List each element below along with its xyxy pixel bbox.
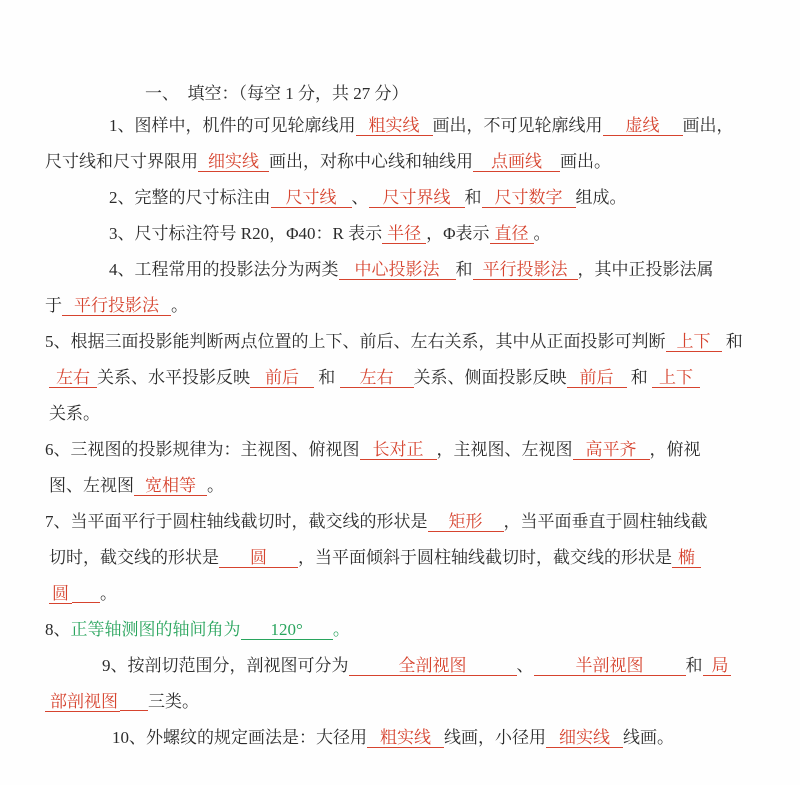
blank-answer: 平行投影法 bbox=[473, 260, 578, 280]
text-run: 5、根据三面投影能判断两点位置的上下、前后、左右关系，其中从正面投影可判断 bbox=[45, 332, 666, 351]
blank-answer: 半剖视图 bbox=[534, 656, 686, 676]
blank-answer: 圆 bbox=[219, 548, 298, 568]
blank-answer: 粗实线 bbox=[367, 728, 444, 748]
document-line: 4、工程常用的投影法分为两类中心投影法和平行投影法，其中正投影法属 bbox=[45, 252, 756, 288]
text-run: 画出。 bbox=[560, 152, 611, 171]
blank-answer: 细实线 bbox=[546, 728, 623, 748]
document-line: 尺寸线和尺寸界限用细实线画出，对称中心线和轴线用点画线画出。 bbox=[45, 144, 756, 180]
blank-answer: 矩形 bbox=[428, 512, 504, 532]
text-run: 尺寸线和尺寸界限用 bbox=[45, 152, 198, 171]
blank-answer: 尺寸数字 bbox=[482, 188, 576, 208]
document-line: 10、外螺纹的规定画法是：大径用粗实线线画，小径用细实线线画。 bbox=[45, 720, 756, 756]
blank-answer: 前后 bbox=[250, 368, 314, 388]
text-run: 2、完整的尺寸标注由 bbox=[109, 188, 271, 207]
blank-answer: 粗实线 bbox=[356, 116, 433, 136]
text-run: 。 bbox=[534, 224, 551, 243]
blank-answer: 宽相等 bbox=[134, 476, 207, 496]
document-line: 部剖视图三类。 bbox=[45, 684, 756, 720]
document-line: 切时，截交线的形状是圆，当平面倾斜于圆柱轴线截切时，截交线的形状是椭 bbox=[45, 540, 756, 576]
blank-answer: 平行投影法 bbox=[62, 296, 171, 316]
text-run: 、 bbox=[517, 656, 534, 675]
blank-answer: 上下 bbox=[652, 368, 700, 388]
text-run: 。 bbox=[207, 476, 224, 495]
text-run: 。 bbox=[100, 584, 117, 603]
text-run: 画出，对称中心线和轴线用 bbox=[269, 152, 473, 171]
text-run: 9、按剖切范围分，剖视图可分为 bbox=[102, 656, 349, 675]
blank-answer: 上下 bbox=[666, 332, 722, 352]
document-line: 3、尺寸标注符号 R20，Φ40：R 表示半径，Φ表示直径。 bbox=[45, 216, 756, 252]
text-run: 正等轴测图的轴间角为 bbox=[71, 620, 241, 639]
text-run: ，俯视 bbox=[650, 440, 701, 459]
blank-answer: 点画线 bbox=[473, 152, 560, 172]
blank-answer: 直径 bbox=[490, 224, 534, 244]
blank-answer: 局 bbox=[703, 656, 731, 676]
text-run: ，Φ表示 bbox=[426, 224, 489, 243]
blank-answer: 高平齐 bbox=[573, 440, 650, 460]
text-run: 8、 bbox=[45, 620, 71, 639]
text-run: 4、工程常用的投影法分为两类 bbox=[109, 260, 339, 279]
text-run: 7、当平面平行于圆柱轴线截切时，截交线的形状是 bbox=[45, 512, 428, 531]
blank-answer: 圆 bbox=[49, 584, 72, 604]
text-run: 、 bbox=[352, 188, 369, 207]
blank-answer: 中心投影法 bbox=[339, 260, 456, 280]
text-run: 切时，截交线的形状是 bbox=[49, 548, 219, 567]
text-run: 3、尺寸标注符号 R20，Φ40：R 表示 bbox=[109, 224, 382, 243]
text-run: 。 bbox=[171, 296, 188, 315]
blank-answer: 半径 bbox=[382, 224, 426, 244]
exam-page: 一、 填空：（每空 1 分，共 27 分）1、图样中，机件的可见轮廓线用粗实线画… bbox=[0, 0, 800, 785]
document-line: 9、按剖切范围分，剖视图可分为全剖视图、半剖视图和局 bbox=[45, 648, 756, 684]
blank-answer: 左右 bbox=[340, 368, 414, 388]
document-line: 8、正等轴测图的轴间角为120°。 bbox=[45, 612, 756, 648]
text-run: 图、左视图 bbox=[49, 476, 134, 495]
document-line: 7、当平面平行于圆柱轴线截切时，截交线的形状是矩形，当平面垂直于圆柱轴线截 bbox=[45, 504, 756, 540]
blank-underline bbox=[72, 600, 100, 603]
text-run: 和 bbox=[465, 188, 482, 207]
text-run: 和 bbox=[627, 368, 653, 387]
text-run: 线画。 bbox=[623, 728, 674, 747]
document-line: 于平行投影法。 bbox=[45, 288, 756, 324]
blank-answer: 120° bbox=[241, 620, 333, 640]
blank-answer: 前后 bbox=[567, 368, 627, 388]
document-line: 图、左视图宽相等。 bbox=[45, 468, 756, 504]
document-line: 6、三视图的投影规律为：主视图、俯视图长对正，主视图、左视图高平齐，俯视 bbox=[45, 432, 756, 468]
blank-answer: 尺寸线 bbox=[271, 188, 352, 208]
document-line: 5、根据三面投影能判断两点位置的上下、前后、左右关系，其中从正面投影可判断上下 … bbox=[45, 324, 756, 360]
text-run: ，当平面垂直于圆柱轴线截 bbox=[504, 512, 708, 531]
blank-answer: 长对正 bbox=[360, 440, 437, 460]
text-run: 1、图样中，机件的可见轮廓线用 bbox=[109, 116, 356, 135]
text-run: 和 bbox=[686, 656, 703, 675]
text-run: 画出， bbox=[683, 116, 734, 135]
document-line: 关系。 bbox=[45, 396, 756, 432]
blank-answer: 部剖视图 bbox=[45, 692, 120, 712]
text-run: 。 bbox=[333, 620, 350, 639]
document-line: 左右关系、水平投影反映前后 和 左右关系、侧面投影反映前后 和 上下 bbox=[45, 360, 756, 396]
text-run: 画出，不可见轮廓线用 bbox=[433, 116, 603, 135]
blank-answer: 全剖视图 bbox=[349, 656, 517, 676]
blank-underline bbox=[120, 708, 148, 711]
document-line: 1、图样中，机件的可见轮廓线用粗实线画出，不可见轮廓线用虚线画出， bbox=[45, 108, 756, 144]
section-heading: 一、 填空：（每空 1 分，共 27 分） bbox=[45, 80, 756, 108]
text-run: 6、三视图的投影规律为：主视图、俯视图 bbox=[45, 440, 360, 459]
document-line: 2、完整的尺寸标注由尺寸线、尺寸界线和尺寸数字组成。 bbox=[45, 180, 756, 216]
text-run: 于 bbox=[45, 296, 62, 315]
text-run: 三类。 bbox=[148, 692, 199, 711]
blank-answer: 虚线 bbox=[603, 116, 683, 136]
text-run: 和 bbox=[722, 332, 743, 351]
text-run: 线画，小径用 bbox=[444, 728, 546, 747]
text-run: ，主视图、左视图 bbox=[437, 440, 573, 459]
text-run: 关系、水平投影反映 bbox=[97, 368, 250, 387]
blank-answer: 椭 bbox=[672, 548, 701, 568]
text-run: 和 bbox=[456, 260, 473, 279]
text-run: 关系、侧面投影反映 bbox=[414, 368, 567, 387]
blank-answer: 左右 bbox=[49, 368, 97, 388]
text-run: ，当平面倾斜于圆柱轴线截切时，截交线的形状是 bbox=[298, 548, 672, 567]
text-run: 和 bbox=[314, 368, 340, 387]
exam-document: 一、 填空：（每空 1 分，共 27 分）1、图样中，机件的可见轮廓线用粗实线画… bbox=[45, 80, 756, 756]
blank-answer: 尺寸界线 bbox=[369, 188, 465, 208]
document-line: 圆。 bbox=[45, 576, 756, 612]
text-run: 一、 填空：（每空 1 分，共 27 分） bbox=[145, 84, 409, 103]
text-run: 组成。 bbox=[576, 188, 627, 207]
text-run: 关系。 bbox=[49, 404, 100, 423]
text-run: ，其中正投影法属 bbox=[578, 260, 714, 279]
blank-answer: 细实线 bbox=[198, 152, 269, 172]
text-run: 10、外螺纹的规定画法是：大径用 bbox=[112, 728, 367, 747]
